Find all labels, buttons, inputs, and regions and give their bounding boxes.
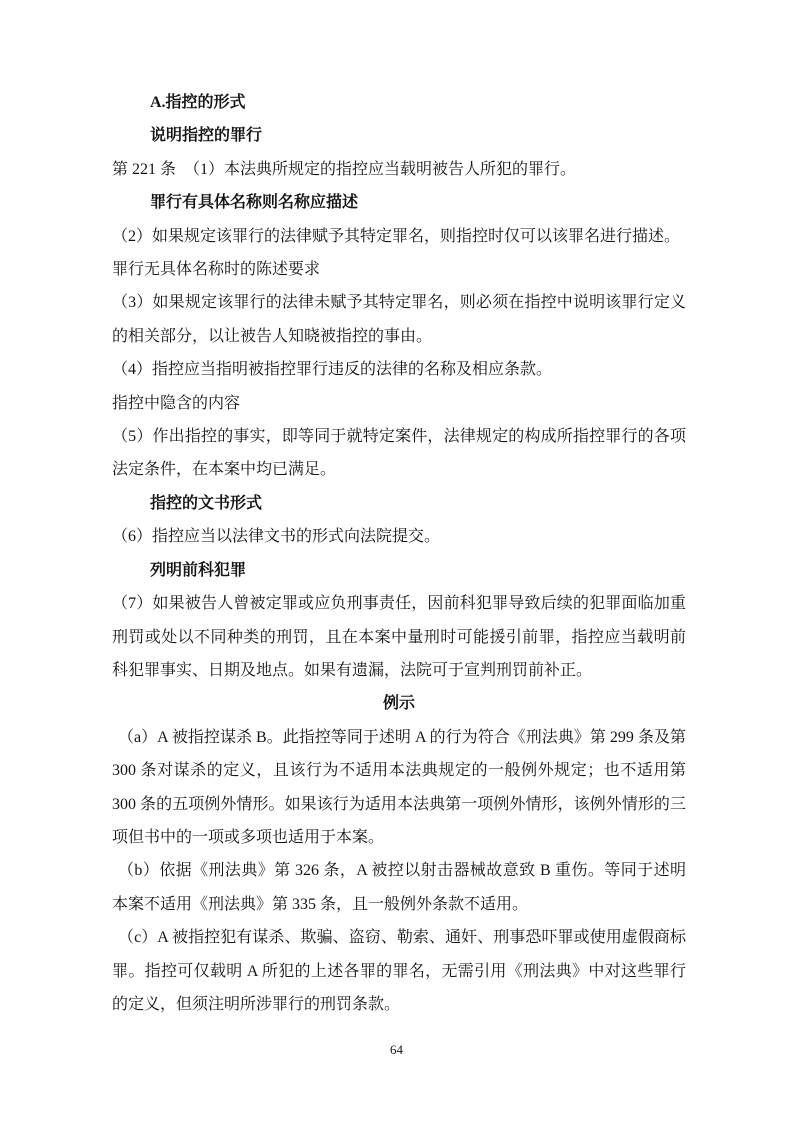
paragraph: （4）指控应当指明被指控罪行违反的法律的名称及相应条款。 xyxy=(112,353,686,386)
paragraph: （3）如果规定该罪行的法律未赋予其特定罪名，则必须在指控中说明该罪行定义的相关部… xyxy=(112,286,686,353)
paragraph: 指控中隐含的内容 xyxy=(112,387,686,420)
section-heading: 列明前科犯罪 xyxy=(112,554,686,587)
paragraph: 第 221 条 （1）本法典所规定的指控应当载明被告人所犯的罪行。 xyxy=(112,153,686,186)
section-heading: A.指控的形式 xyxy=(112,86,686,119)
examples-heading: 例示 xyxy=(112,687,686,720)
paragraph: （7）如果被告人曾被定罪或应负刑事责任，因前科犯罪导致后续的犯罪面临加重刑罚或处… xyxy=(112,587,686,687)
section-heading: 说明指控的罪行 xyxy=(112,119,686,152)
document-page: A.指控的形式说明指控的罪行第 221 条 （1）本法典所规定的指控应当载明被告… xyxy=(0,0,793,1122)
paragraph: （2）如果规定该罪行的法律赋予其特定罪名，则指控时仅可以该罪名进行描述。 xyxy=(112,220,686,253)
page-number: 64 xyxy=(0,1042,793,1058)
example-paragraph: （c）A 被指控犯有谋杀、欺骗、盗窃、勒索、通奸、刑事恐吓罪或使用虚假商标罪。指… xyxy=(112,921,686,1021)
example-paragraph: （b）依据《刑法典》第 326 条，A 被控以射击器械故意致 B 重伤。等同于述… xyxy=(112,854,686,921)
example-paragraph: （a）A 被指控谋杀 B。此指控等同于述明 A 的行为符合《刑法典》第 299 … xyxy=(112,721,686,855)
paragraph: （5）作出指控的事实，即等同于就特定案件，法律规定的构成所指控罪行的各项法定条件… xyxy=(112,420,686,487)
section-heading: 指控的文书形式 xyxy=(112,487,686,520)
paragraph: 罪行无具体名称时的陈述要求 xyxy=(112,253,686,286)
section-heading: 罪行有具体名称则名称应描述 xyxy=(112,186,686,219)
paragraph: （6）指控应当以法律文书的形式向法院提交。 xyxy=(112,520,686,553)
document-body: A.指控的形式说明指控的罪行第 221 条 （1）本法典所规定的指控应当载明被告… xyxy=(112,86,686,1021)
